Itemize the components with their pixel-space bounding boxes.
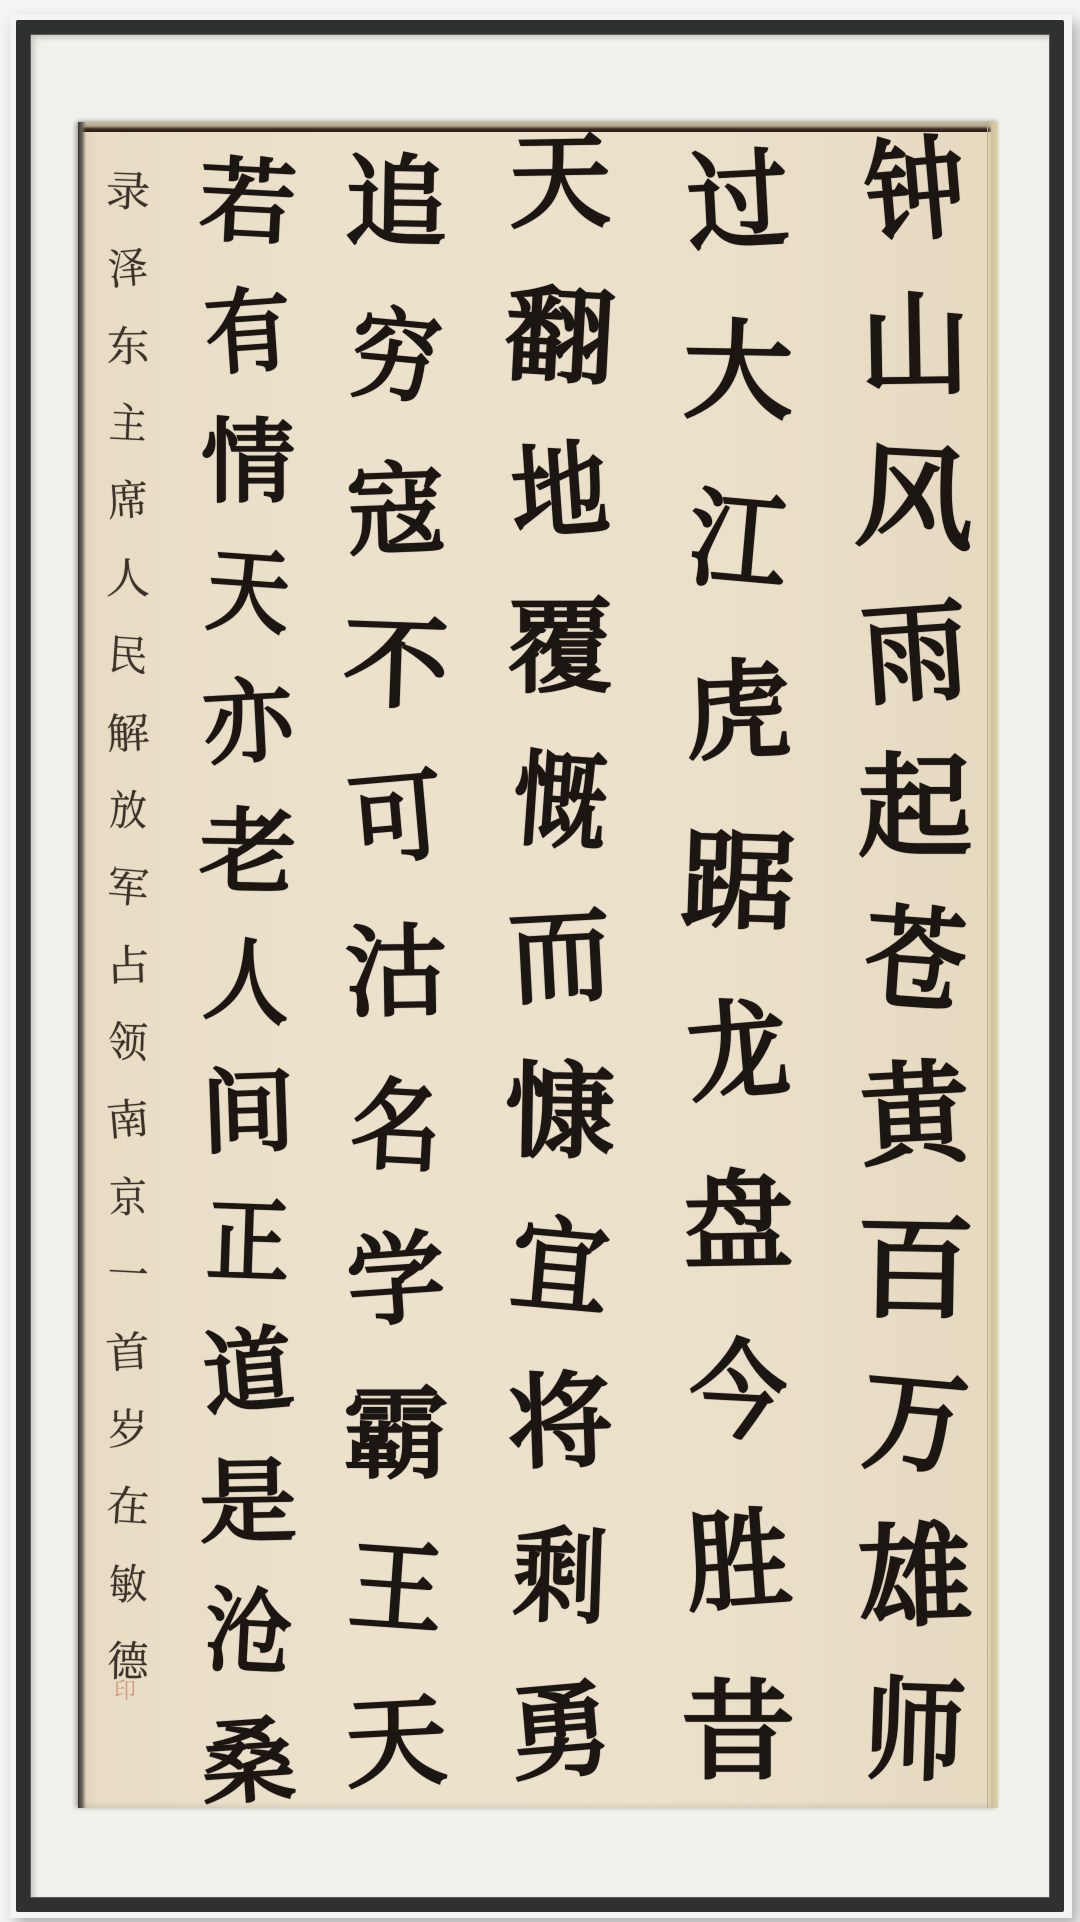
calligraphy-character: 剩 xyxy=(511,1523,608,1630)
calligraphy-character: 覆 xyxy=(507,595,613,699)
calligraphy-character: 一 xyxy=(106,1253,149,1297)
calligraphy-paper: 钟山风雨起苍黄百万雄师过大江虎踞龙盘今胜昔天翻地覆慨而慷宜将剩勇追穷寇不可沽名学… xyxy=(78,122,998,1808)
calligraphy-character: 沧 xyxy=(202,1584,293,1680)
calligraphy-character: 胜 xyxy=(681,1504,794,1619)
calligraphy-character: 盘 xyxy=(682,1167,794,1277)
calligraphy-character: 人 xyxy=(201,932,295,1031)
calligraphy-character: 地 xyxy=(508,437,613,548)
calligraphy-character: 穷 xyxy=(347,302,445,409)
calligraphy-character: 京 xyxy=(109,1176,148,1219)
calligraphy-character: 风 xyxy=(853,441,977,559)
calligraphy-character: 将 xyxy=(505,1368,615,1476)
calligraphy-character: 万 xyxy=(858,1364,973,1485)
calligraphy-character: 有 xyxy=(202,283,295,381)
calligraphy-character: 道 xyxy=(199,1322,297,1422)
calligraphy-character: 敏 xyxy=(108,1563,148,1607)
calligraphy-character: 而 xyxy=(506,902,613,1011)
calligraphy-character: 间 xyxy=(199,1064,296,1159)
calligraphy-character: 霸 xyxy=(343,1384,449,1484)
calligraphy-character: 泽 xyxy=(106,247,149,292)
calligraphy-character: 情 xyxy=(201,416,295,508)
calligraphy-character: 过 xyxy=(684,145,791,258)
calligraphy-character: 德 xyxy=(107,1641,149,1684)
calligraphy-character: 主 xyxy=(108,402,148,446)
calligraphy-character: 大 xyxy=(682,317,794,427)
calligraphy-character: 占 xyxy=(105,944,151,988)
calligraphy-character: 放 xyxy=(109,790,148,833)
calligraphy-character: 沽 xyxy=(344,921,448,1023)
calligraphy-character: 慨 xyxy=(510,747,611,857)
calligraphy-character: 南 xyxy=(105,1098,151,1144)
calligraphy-character: 今 xyxy=(687,1336,790,1449)
calligraphy-character: 雄 xyxy=(856,1520,974,1636)
calligraphy-character: 天 xyxy=(203,543,292,641)
calligraphy-character: 亦 xyxy=(201,674,296,771)
calligraphy-character: 寇 xyxy=(345,458,446,561)
calligraphy-character: 是 xyxy=(198,1455,297,1549)
calligraphy-character: 正 xyxy=(205,1195,291,1290)
calligraphy-character: 慷 xyxy=(504,1059,616,1165)
calligraphy-character: 踞 xyxy=(679,826,797,938)
calligraphy-character: 百 xyxy=(855,1213,976,1327)
calligraphy-character: 名 xyxy=(348,1074,443,1179)
paper-right-edge xyxy=(987,122,998,1808)
calligraphy-character: 军 xyxy=(106,866,151,911)
calligraphy-character: 苍 xyxy=(861,903,969,1022)
calligraphy-character: 雨 xyxy=(859,594,972,713)
calligraphy-character: 可 xyxy=(345,764,447,872)
calligraphy-character: 起 xyxy=(858,752,972,864)
calligraphy-character: 黄 xyxy=(857,1057,972,1175)
calligraphy-character: 岁 xyxy=(108,1409,147,1451)
calligraphy-character: 解 xyxy=(106,711,151,755)
calligraphy-character: 若 xyxy=(197,154,299,251)
calligraphy-character: 天 xyxy=(508,129,612,235)
calligraphy-character: 首 xyxy=(104,1330,151,1375)
calligraphy-character: 昔 xyxy=(681,1678,795,1786)
paper-left-edge xyxy=(78,122,86,1808)
calligraphy-character: 在 xyxy=(105,1485,151,1530)
calligraphy-character: 东 xyxy=(106,325,150,368)
calligraphy-character: 领 xyxy=(108,1021,149,1064)
calligraphy-character: 追 xyxy=(344,151,448,253)
calligraphy-character: 录 xyxy=(105,170,151,214)
calligraphy-character: 席 xyxy=(106,479,150,524)
calligraphy-character: 翻 xyxy=(502,282,618,392)
calligraphy-character: 山 xyxy=(859,289,971,403)
calligraphy-character: 桑 xyxy=(198,1713,298,1808)
calligraphy-character: 民 xyxy=(107,634,149,679)
calligraphy-character: 不 xyxy=(341,612,450,716)
calligraphy-character: 宜 xyxy=(507,1211,613,1323)
calligraphy-character: 王 xyxy=(346,1535,447,1641)
calligraphy-character: 龙 xyxy=(683,994,794,1110)
calligraphy-character: 虎 xyxy=(683,656,793,768)
red-seal-stamp: 印 xyxy=(114,1678,136,1706)
calligraphy-character: 人 xyxy=(106,558,151,600)
calligraphy-character: 钟 xyxy=(860,132,970,252)
calligraphy-character: 学 xyxy=(344,1227,449,1334)
calligraphy-character: 江 xyxy=(685,484,791,600)
calligraphy-character: 天 xyxy=(342,1689,449,1794)
calligraphy-character: 师 xyxy=(863,1674,968,1789)
calligraphy-character: 老 xyxy=(198,805,297,899)
calligraphy-character: 勇 xyxy=(505,1676,616,1788)
